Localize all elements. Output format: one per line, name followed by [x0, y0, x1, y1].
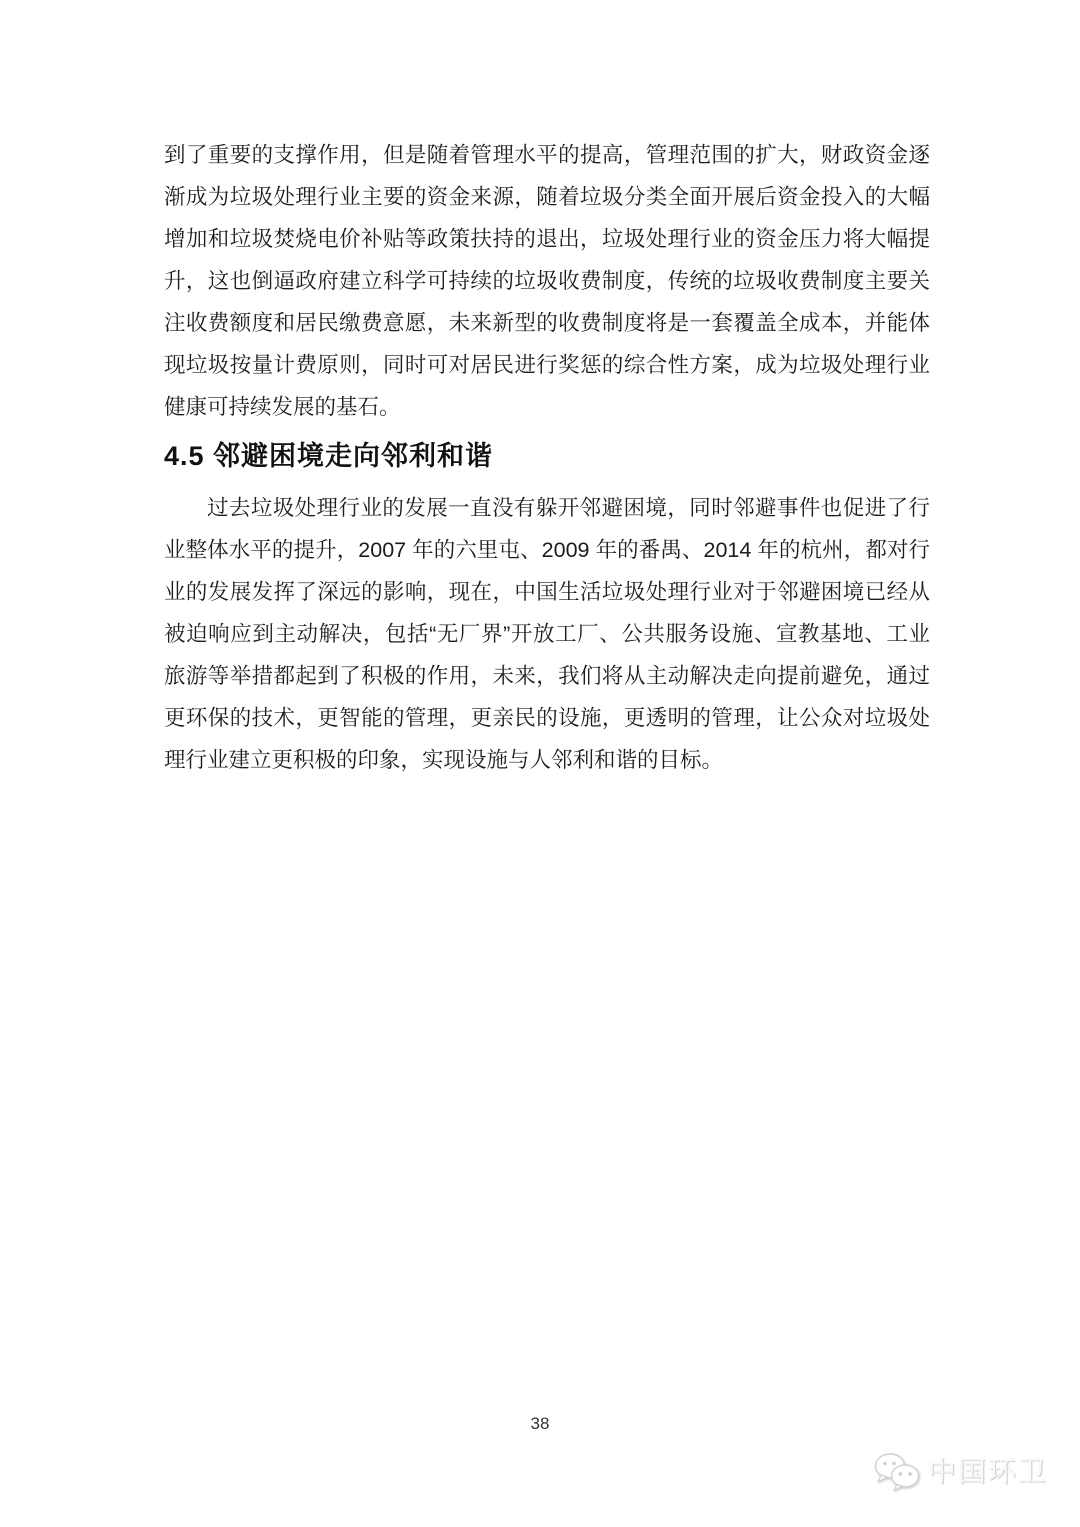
watermark: 中国环卫	[874, 1452, 1048, 1492]
section-heading: 4.5 邻避困境走向邻利和谐	[164, 438, 930, 474]
page-number: 38	[0, 1412, 1080, 1436]
wechat-logo-icon	[874, 1453, 920, 1491]
section-paragraph: 过去垃圾处理行业的发展一直没有躲开邻避困境，同时邻避事件也促进了行业整体水平的提…	[164, 487, 930, 781]
watermark-label: 中国环卫	[928, 1452, 1048, 1492]
document-page: 到了重要的支撑作用，但是随着管理水平的提高，管理范围的扩大，财政资金逐渐成为垃圾…	[0, 0, 1080, 1527]
page-content: 到了重要的支撑作用，但是随着管理水平的提高，管理范围的扩大，财政资金逐渐成为垃圾…	[164, 134, 930, 781]
paragraph-continuation: 到了重要的支撑作用，但是随着管理水平的提高，管理范围的扩大，财政资金逐渐成为垃圾…	[164, 134, 930, 428]
